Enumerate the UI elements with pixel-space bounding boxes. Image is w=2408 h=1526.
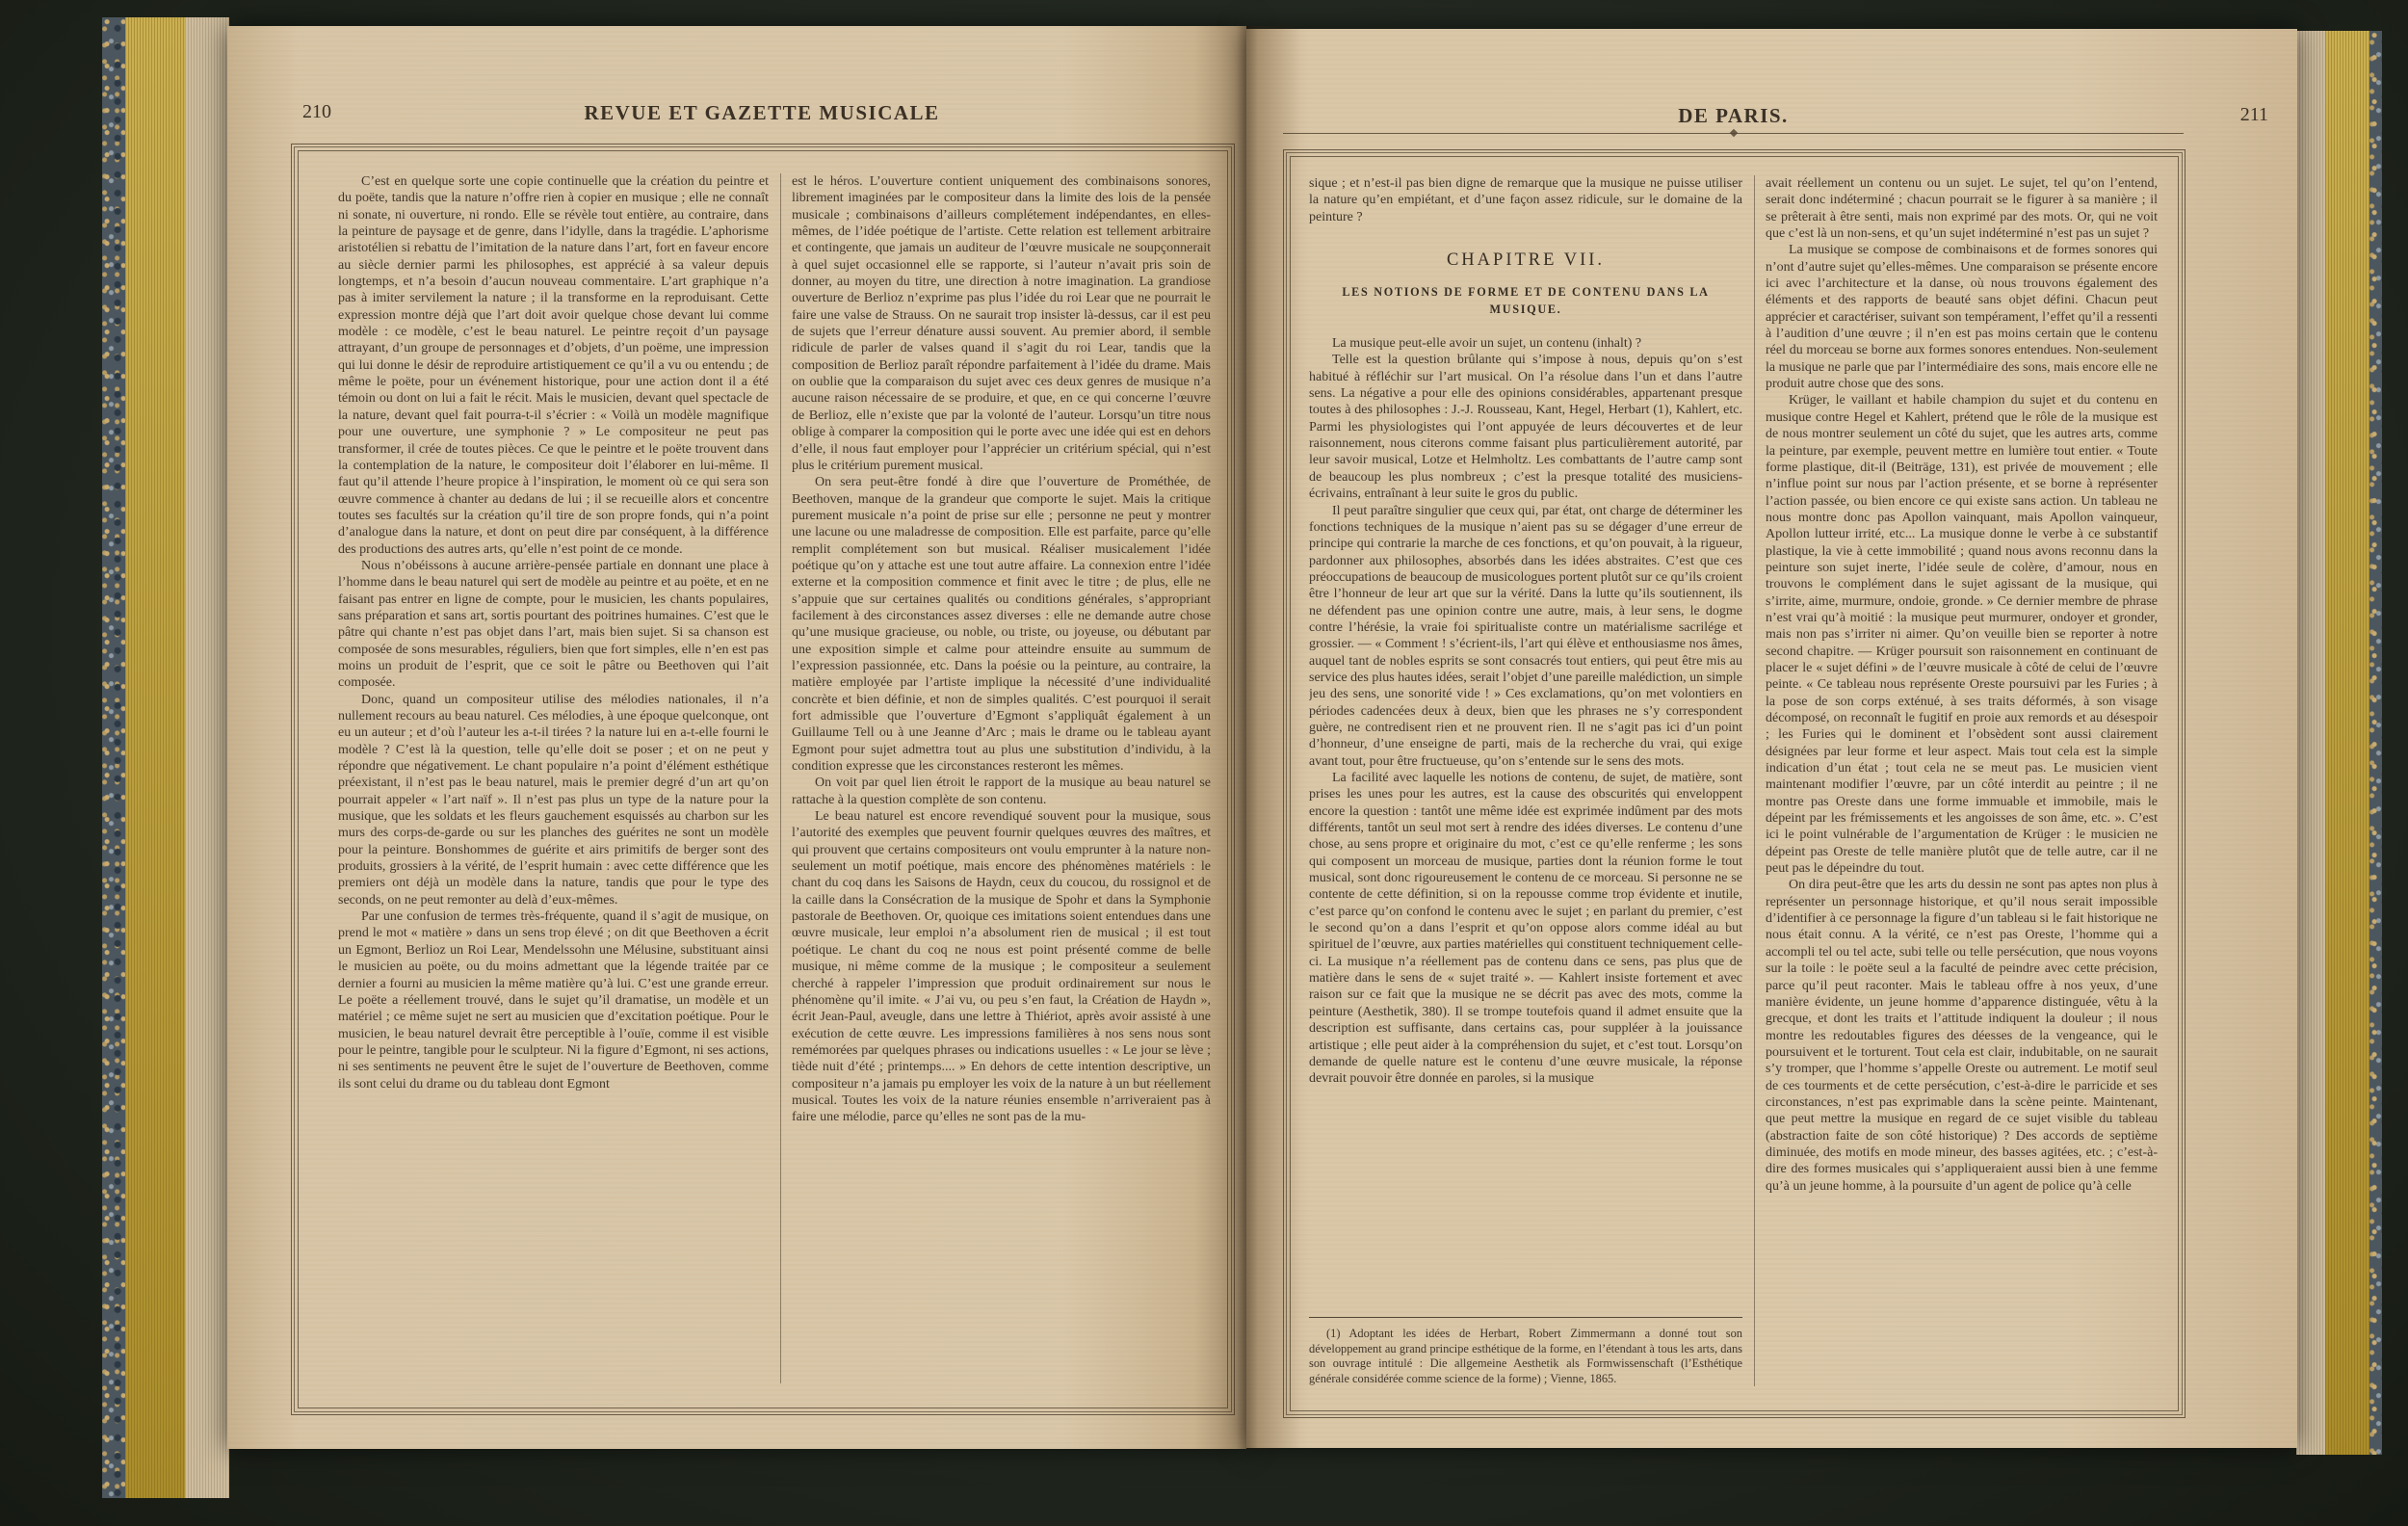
paragraph: On sera peut-être fondé à dire que l’ouv… — [792, 474, 1211, 775]
page-number-left: 210 — [302, 101, 331, 123]
column-divider-rule — [780, 173, 781, 1383]
chapter-body: La musique peut-elle avoir un sujet, un … — [1309, 335, 1742, 1087]
running-head-right: DE PARIS. — [1283, 104, 2184, 128]
text-column-right-2: avait réellement un contenu ou un sujet.… — [1766, 175, 2158, 1386]
paragraph: On voit par quel lien étroit le rapport … — [792, 775, 1211, 808]
paragraph: avait réellement un contenu ou un sujet.… — [1766, 175, 2158, 242]
paragraph: Krüger, le vaillant et habile champion d… — [1766, 392, 2158, 877]
paragraph: est le héros. L’ouverture contient uniqu… — [792, 173, 1211, 474]
right-page: DE PARIS. 211 sique ; et n’est-il pas bi… — [1246, 29, 2297, 1448]
paragraph: C’est en quelque sorte une copie continu… — [338, 173, 769, 558]
page-stack-edge-left — [185, 17, 229, 1498]
paragraph: Donc, quand un compositeur utilise des m… — [338, 692, 769, 908]
footnote: (1) Adoptant les idées de Herbart, Rober… — [1309, 1327, 1742, 1386]
paragraph: La musique peut-elle avoir un sujet, un … — [1309, 335, 1742, 352]
paragraph: La facilité avec laquelle les notions de… — [1309, 770, 1742, 1088]
text-column-right-1: sique ; et n’est-il pas bien digne de re… — [1309, 175, 1742, 1386]
page-stack-edge-right — [2296, 31, 2325, 1455]
fore-edge-pages-right — [2325, 31, 2369, 1455]
right-page-frame: sique ; et n’est-il pas bien digne de re… — [1283, 149, 2186, 1418]
column-divider-rule — [1754, 175, 1755, 1386]
running-head-left: REVUE ET GAZETTE MUSICALE — [291, 101, 1233, 125]
right-page-columns: sique ; et n’est-il pas bien digne de re… — [1292, 158, 2177, 1409]
text-column-left-1: C’est en quelque sorte une copie continu… — [338, 173, 769, 1383]
paragraph: Nous n’obéissons à aucune arrière-pensée… — [338, 558, 769, 692]
left-page-frame: C’est en quelque sorte une copie continu… — [291, 144, 1235, 1415]
left-page-columns: C’est en quelque sorte une copie continu… — [300, 152, 1226, 1407]
paragraph: La musique se compose de combinaisons et… — [1766, 242, 2158, 392]
chapter-subheading: LES NOTIONS DE FORME ET DE CONTENU DANS … — [1309, 284, 1742, 318]
scanned-book-spread: { "book": { "left_page": { "page_number"… — [0, 0, 2408, 1526]
text-column-left-2: est le héros. L’ouverture contient uniqu… — [792, 173, 1211, 1383]
header-ornament-rule — [1283, 133, 2184, 134]
paragraph: On dira peut-être que les arts du dessin… — [1766, 877, 2158, 1195]
marbled-cover-edge-right — [2369, 31, 2382, 1455]
paragraph: Il peut paraître singulier que ceux qui,… — [1309, 503, 1742, 771]
paragraph: sique ; et n’est-il pas bien digne de re… — [1309, 175, 1742, 225]
paragraph: Le beau naturel est encore revendiqué so… — [792, 808, 1211, 1126]
footnote-block: (1) Adoptant les idées de Herbart, Rober… — [1309, 1317, 1742, 1386]
fore-edge-pages-left — [125, 17, 185, 1498]
chapter-intro: sique ; et n’est-il pas bien digne de re… — [1309, 175, 1742, 225]
left-page-header: 210 REVUE ET GAZETTE MUSICALE — [291, 101, 1233, 130]
chapter-heading: CHAPITRE VII. — [1309, 252, 1742, 269]
page-number-right: 211 — [2240, 104, 2268, 126]
paragraph: Par une confusion de termes très-fréquen… — [338, 908, 769, 1092]
left-page: 210 REVUE ET GAZETTE MUSICALE C’est en q… — [227, 26, 1246, 1449]
paragraph: Telle est la question brûlante qui s’imp… — [1309, 352, 1742, 502]
marbled-cover-edge-left — [102, 17, 125, 1498]
